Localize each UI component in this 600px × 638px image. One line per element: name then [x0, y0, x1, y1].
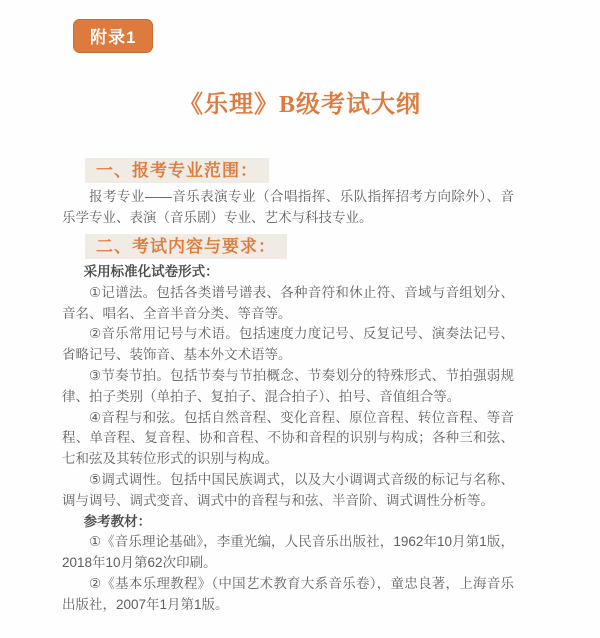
exam-format-subheading: 采用标准化试卷形式： — [62, 262, 514, 283]
exam-item-5: ⑤调式调性。包括中国民族调式，以及大小调调式音级的标记与名称、调与调号、调式变音… — [62, 470, 514, 512]
reference-item-1: ①《音乐理论基础》，李重光编，人民音乐出版社，1962年10月第1版，2018年… — [62, 532, 514, 574]
section-heading-application-scope: 一、报考专业范围： — [85, 158, 269, 183]
exam-item-2: ②音乐常用记号与术语。包括速度力度记号、反复记号、演奏法记号、省略记号、装饰音、… — [62, 324, 514, 366]
section-application-scope: 报考专业——音乐表演专业（合唱指挥、乐队指挥招考方向除外）、音乐学专业、表演（音… — [62, 187, 514, 229]
document-page: 附录1 《乐理》B级考试大纲 一、报考专业范围： 报考专业——音乐表演专业（合唱… — [0, 0, 600, 638]
appendix-badge: 附录1 — [73, 19, 153, 53]
exam-item-4: ④音程与和弦。包括自然音程、变化音程、原位音程、转位音程、等音程、单音程、复音程… — [62, 408, 514, 470]
exam-item-1: ①记谱法。包括各类谱号谱表、各种音符和休止符、音域与音组划分、音名、唱名、全音半… — [62, 283, 514, 325]
document-title: 《乐理》B级考试大纲 — [0, 84, 600, 119]
section-exam-content: 采用标准化试卷形式： ①记谱法。包括各类谱号谱表、各种音符和休止符、音域与音组划… — [62, 262, 514, 616]
application-scope-paragraph: 报考专业——音乐表演专业（合唱指挥、乐队指挥招考方向除外）、音乐学专业、表演（音… — [62, 187, 514, 229]
exam-item-3: ③节奏节拍。包括节奏与节拍概念、节奏划分的特殊形式、节拍强弱规律、拍子类别（单拍… — [62, 366, 514, 408]
references-subheading: 参考教材： — [62, 512, 514, 533]
reference-item-2: ②《基本乐理教程》（中国艺术教育大系音乐卷），童忠良著，上海音乐出版社，2007… — [62, 574, 514, 616]
section-heading-exam-content: 二、考试内容与要求： — [85, 234, 287, 259]
